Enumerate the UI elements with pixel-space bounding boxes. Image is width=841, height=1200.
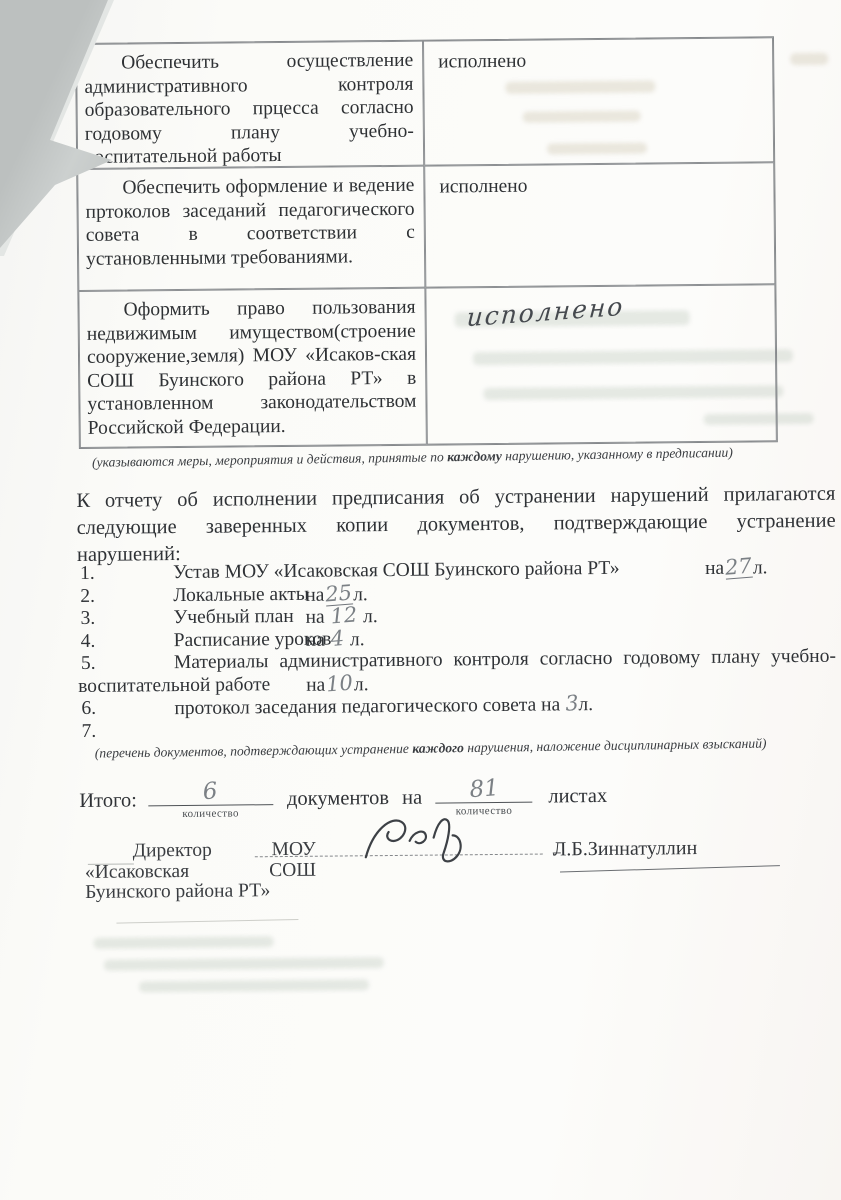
total-label: Итого: xyxy=(79,789,137,812)
intro-paragraph: К отчету об исполнении предписания об ус… xyxy=(76,481,836,569)
measure-text-3: Оформить право пользования недвижимым им… xyxy=(87,297,417,439)
item-number: 7. xyxy=(82,721,97,743)
sheet-count: на27л. xyxy=(705,556,768,580)
table-cell-status-3: исполнено xyxy=(425,284,776,444)
sheets-label: л. xyxy=(753,557,768,578)
docs-count-blank: 6 количество xyxy=(148,784,273,806)
handwritten-docs-count: 6 xyxy=(202,780,218,804)
footnote-bold: каждого xyxy=(412,740,464,756)
handwritten-count: 12 xyxy=(330,604,358,627)
na-label: на xyxy=(306,630,325,651)
item-title: Локальные акты xyxy=(173,584,309,607)
bleed-artifact xyxy=(139,979,369,992)
signer-title: Директор МОУ «Исаковская СОШ Буинского р… xyxy=(85,840,317,904)
na-label: на xyxy=(305,607,324,628)
na-label: на xyxy=(402,787,422,809)
table-cell-measure-1: Обеспечить осуществление административно… xyxy=(76,41,424,169)
item-title: Устав МОУ «Исаковская СОШ Буинского райо… xyxy=(173,558,620,584)
signer-name: Л.Б.Зиннатуллин xyxy=(553,837,698,861)
handwritten-signature xyxy=(359,812,510,869)
footnote-text: нарушению, указанному в предписании) xyxy=(502,445,733,464)
table-cell-status-1: исполнено xyxy=(423,37,774,165)
bleed-artifact xyxy=(790,53,828,65)
sheets-label: л. xyxy=(354,674,369,695)
handwritten-count: 4 xyxy=(330,628,345,650)
status-text-2: исполнено xyxy=(439,176,527,198)
handwritten-count: 10 xyxy=(325,672,353,695)
document-content: Обеспечить осуществление административно… xyxy=(0,0,841,1200)
sheets-count-blank: 81 количество xyxy=(435,782,532,804)
bleed-artifact xyxy=(104,957,384,971)
post-title-line xyxy=(116,919,298,924)
item-title-text: протокол заседания педагогического совет… xyxy=(174,694,560,719)
sheets-label: л. xyxy=(578,694,593,715)
total-line: Итого: 6 количество документов на 81 кол… xyxy=(79,781,607,813)
item-number: 5. xyxy=(81,653,96,675)
na-label: на xyxy=(306,675,325,696)
item-number: 2. xyxy=(80,586,95,608)
na-label: на xyxy=(305,585,324,606)
item-title: воспитательной работе xyxy=(78,674,270,698)
table-cell-status-2: исполнено xyxy=(424,162,775,287)
measure-text-1: Обеспечить осуществление административно… xyxy=(84,50,414,168)
table-cell-measure-2: Обеспечить оформление и ведение пртоколо… xyxy=(77,166,425,291)
violations-table: Обеспечить осуществление административно… xyxy=(75,36,778,449)
qty-caption: количество xyxy=(182,807,239,820)
handwritten-status: исполнено xyxy=(466,295,625,330)
handwritten-count: 3 xyxy=(564,693,579,715)
table-cell-measure-3: Оформить право пользования недвижимым им… xyxy=(78,288,426,448)
scanned-document-page: Обеспечить осуществление административно… xyxy=(0,0,841,1200)
docs-word: документов xyxy=(287,787,389,810)
measure-text-2: Обеспечить оформление и ведение пртоколо… xyxy=(86,175,415,270)
name-underline xyxy=(560,865,780,872)
handwritten-count: 27 xyxy=(724,556,752,580)
table-footnote: (указываются меры, мероприятия и действи… xyxy=(92,445,733,471)
footnote-text: (указываются меры, мероприятия и действи… xyxy=(92,449,447,470)
sheets-label: л. xyxy=(350,629,365,650)
handwritten-sheets-count: 81 xyxy=(468,777,499,802)
sheets-word: листах xyxy=(548,785,607,808)
item-number: 1. xyxy=(80,563,95,585)
footnote-text: (перечень документов, подтверждающих уст… xyxy=(95,741,413,761)
sheet-count: на10л. xyxy=(306,673,369,697)
item-number: 3. xyxy=(80,608,95,630)
status-text-1: исполнено xyxy=(438,51,526,73)
sheet-count: на 4 л. xyxy=(306,628,365,652)
item-title: Учебный план xyxy=(173,606,294,629)
bleed-artifact xyxy=(94,936,274,949)
item-number: 4. xyxy=(81,631,96,653)
footnote-bold: каждому xyxy=(447,448,502,464)
item-number: 6. xyxy=(81,698,96,720)
na-label: на xyxy=(705,558,724,579)
sheets-label: л. xyxy=(363,606,378,627)
